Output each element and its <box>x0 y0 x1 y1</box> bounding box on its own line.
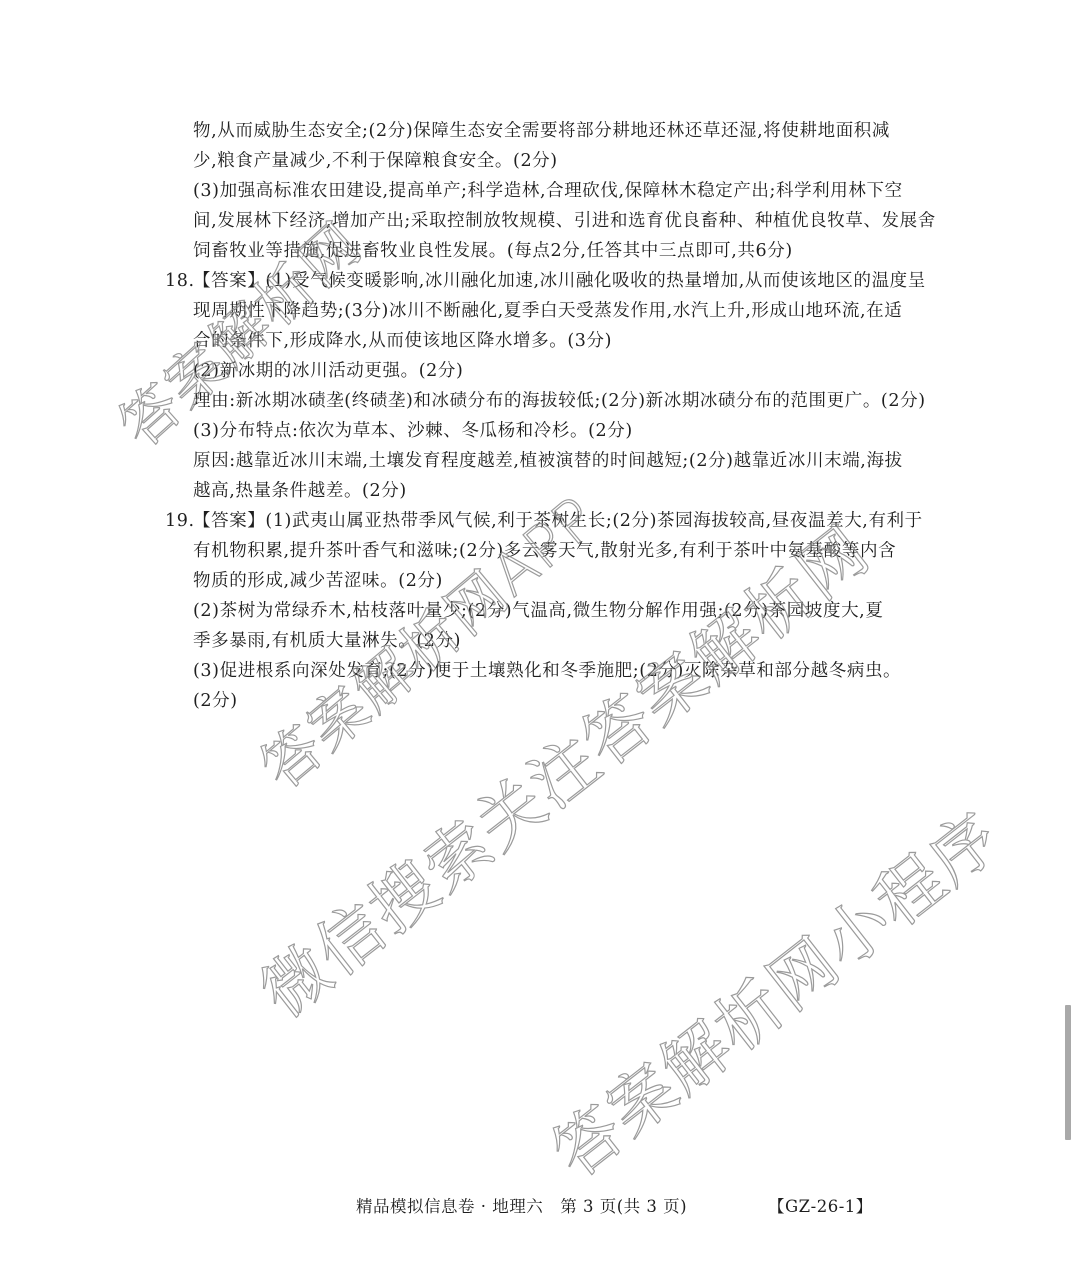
line-text: 间,发展林下经济,增加产出;采取控制放牧规模、引进和选育优良畜种、种植优良牧草、… <box>193 211 936 231</box>
line-text: 理由:新冰期冰碛垄(终碛垄)和冰碛分布的海拔较低;(2分)新冰期冰碛分布的范围更… <box>193 391 926 411</box>
line-text: 原因:越靠近冰川末端,土壤发育程度越差,植被演替的时间越短;(2分)越靠近冰川末… <box>193 451 903 471</box>
line-text: 现周期性下降趋势;(3分)冰川不断融化,夏季白天受蒸发作用,水汽上升,形成山地环… <box>193 301 902 321</box>
line-text: 越高,热量条件越差。(2分) <box>193 481 407 501</box>
text-line: 现周期性下降趋势;(3分)冰川不断融化,夏季白天受蒸发作用,水汽上升,形成山地环… <box>193 296 915 326</box>
text-line: 少,粮食产量减少,不利于保障粮食安全。(2分) <box>193 146 915 176</box>
line-text: 合的条件下,形成降水,从而使该地区降水增多。(3分) <box>193 331 612 351</box>
text-line: (3)促进根系向深处发育;(2分)便于土壤熟化和冬季施肥;(2分)灭除杂草和部分… <box>193 656 915 686</box>
line-text: 少,粮食产量减少,不利于保障粮食安全。(2分) <box>193 151 558 171</box>
line-text: 物,从而威胁生态安全;(2分)保障生态安全需要将部分耕地还林还草还湿,将使耕地面… <box>193 121 890 141</box>
document-page: 物,从而威胁生态安全;(2分)保障生态安全需要将部分耕地还林还草还湿,将使耕地面… <box>0 0 1080 1264</box>
line-text: (3)加强高标准农田建设,提高单产;科学造林,合理砍伐,保障林木稳定产出;科学利… <box>193 181 903 201</box>
page-footer: 精品模拟信息卷 · 地理六 第 3 页(共 3 页) 【GZ-26-1】 <box>0 1192 1080 1222</box>
footer-title: 精品模拟信息卷 · 地理六 第 3 页(共 3 页) <box>356 1192 687 1222</box>
line-text: (2)新冰期的冰川活动更强。(2分) <box>193 361 463 381</box>
question-number: 19. <box>165 506 195 536</box>
answer-content: 物,从而威胁生态安全;(2分)保障生态安全需要将部分耕地还林还草还湿,将使耕地面… <box>193 116 915 716</box>
text-line: 物,从而威胁生态安全;(2分)保障生态安全需要将部分耕地还林还草还湿,将使耕地面… <box>193 116 915 146</box>
text-line: 合的条件下,形成降水,从而使该地区降水增多。(3分) <box>193 326 915 356</box>
line-text: 物质的形成,减少苦涩味。(2分) <box>193 571 443 591</box>
line-text: (2分) <box>193 691 238 711</box>
text-line: (2)新冰期的冰川活动更强。(2分) <box>193 356 915 386</box>
line-text: 【答案】(1)受气候变暖影响,冰川融化加速,冰川融化吸收的热量增加,从而使该地区… <box>193 271 926 291</box>
line-text: (3)分布特点:依次为草本、沙棘、冬瓜杨和冷杉。(2分) <box>193 421 633 441</box>
line-text: 季多暴雨,有机质大量淋失。(2分) <box>193 631 461 651</box>
watermark-text: 答案解析网小程序 <box>530 785 1017 1195</box>
footer-code: 【GZ-26-1】 <box>768 1192 873 1222</box>
scrollbar-thumb[interactable] <box>1065 1005 1071 1140</box>
text-line: (2)茶树为常绿乔木,枯枝落叶量少;(2分)气温高,微生物分解作用强;(2分)茶… <box>193 596 915 626</box>
line-text: 饲畜牧业等措施,促进畜牧业良性发展。(每点2分,任答其中三点即可,共6分) <box>193 241 793 261</box>
line-text: (2)茶树为常绿乔木,枯枝落叶量少;(2分)气温高,微生物分解作用强;(2分)茶… <box>193 601 883 621</box>
text-line: 间,发展林下经济,增加产出;采取控制放牧规模、引进和选育优良畜种、种植优良牧草、… <box>193 206 915 236</box>
line-text: 【答案】(1)武夷山属亚热带季风气候,利于茶树生长;(2分)茶园海拔较高,昼夜温… <box>193 511 923 531</box>
text-line: 越高,热量条件越差。(2分) <box>193 476 915 506</box>
text-line: 18.【答案】(1)受气候变暖影响,冰川融化加速,冰川融化吸收的热量增加,从而使… <box>193 266 915 296</box>
line-text: (3)促进根系向深处发育;(2分)便于土壤熟化和冬季施肥;(2分)灭除杂草和部分… <box>193 661 901 681</box>
text-line: 原因:越靠近冰川末端,土壤发育程度越差,植被演替的时间越短;(2分)越靠近冰川末… <box>193 446 915 476</box>
text-line: 有机物积累,提升茶叶香气和滋味;(2分)多云雾天气,散射光多,有利于茶叶中氨基酸… <box>193 536 915 566</box>
text-line: 饲畜牧业等措施,促进畜牧业良性发展。(每点2分,任答其中三点即可,共6分) <box>193 236 915 266</box>
text-line: (2分) <box>193 686 915 716</box>
line-text: 有机物积累,提升茶叶香气和滋味;(2分)多云雾天气,散射光多,有利于茶叶中氨基酸… <box>193 541 896 561</box>
text-line: 季多暴雨,有机质大量淋失。(2分) <box>193 626 915 656</box>
text-line: (3)分布特点:依次为草本、沙棘、冬瓜杨和冷杉。(2分) <box>193 416 915 446</box>
text-line: (3)加强高标准农田建设,提高单产;科学造林,合理砍伐,保障林木稳定产出;科学利… <box>193 176 915 206</box>
text-line: 19.【答案】(1)武夷山属亚热带季风气候,利于茶树生长;(2分)茶园海拔较高,… <box>193 506 915 536</box>
text-line: 物质的形成,减少苦涩味。(2分) <box>193 566 915 596</box>
text-line: 理由:新冰期冰碛垄(终碛垄)和冰碛分布的海拔较低;(2分)新冰期冰碛分布的范围更… <box>193 386 915 416</box>
question-number: 18. <box>165 266 195 296</box>
